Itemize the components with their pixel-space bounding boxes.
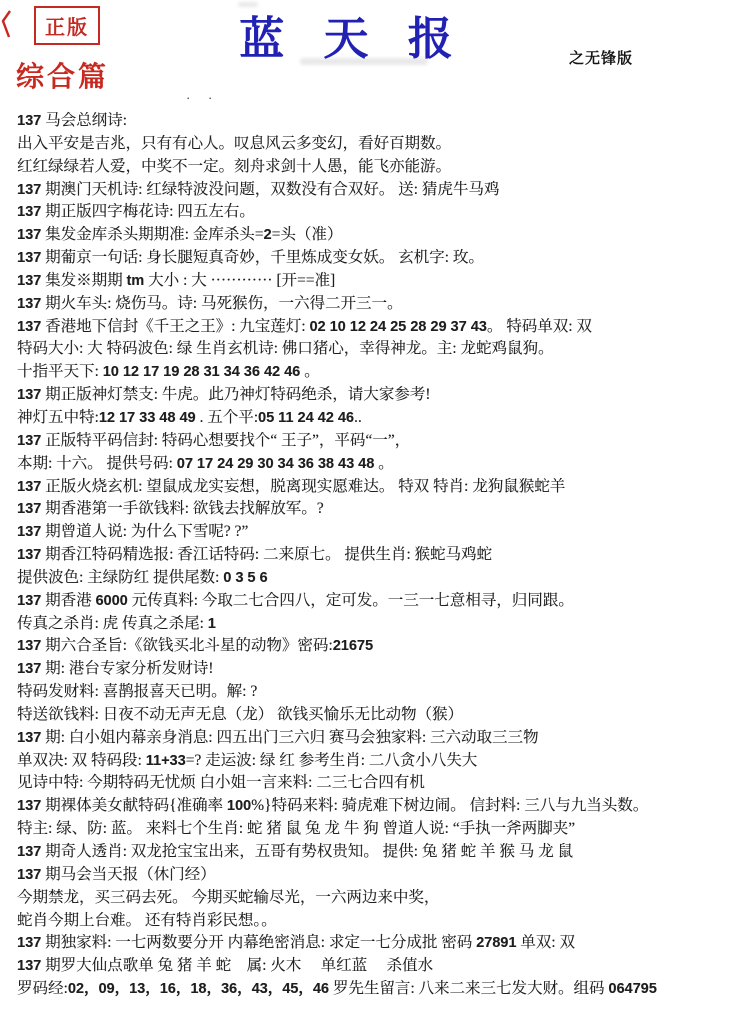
report-line: 137 期正版四字梅花诗: 四五左右。 bbox=[17, 201, 731, 224]
report-line: 出入平安是吉兆，只有有心人。叹息风云多变幻，看好百期数。 bbox=[17, 133, 731, 156]
report-line: 137 期正版神灯禁支: 牛虎。此乃神灯特码绝杀，请大家参考! bbox=[17, 384, 731, 407]
report-line: 137 期六合圣旨:《欲钱买北斗星的动物》密码:21675 bbox=[17, 635, 731, 658]
report-line: 本期: 十六。 提供号码: 07 17 24 29 30 34 36 38 43… bbox=[17, 453, 731, 476]
stray-dots: · · bbox=[186, 90, 219, 105]
section-heading: 综合篇 bbox=[16, 55, 109, 95]
report-line: 137 期: 港台专家分析发财诗! bbox=[17, 658, 731, 681]
report-line: 见诗中特: 今期特码无忧烦 白小姐一言来料: 二三七合四有机 bbox=[17, 772, 731, 795]
report-line: 137 期马会当天报（休门经） bbox=[17, 864, 731, 887]
report-line: 提供波色: 主绿防红 提供尾数: 0 3 5 6 bbox=[17, 567, 731, 590]
report-line: 传真之杀肖: 虎 传真之杀尾: 1 bbox=[17, 613, 731, 636]
report-line: 137 香港地下信封《千王之王》: 九宝莲灯: 02 10 12 24 25 2… bbox=[17, 316, 731, 339]
report-line: 蛇肖今期上台难。 还有特肖彩民想。。 bbox=[17, 910, 731, 933]
report-line: 罗码经:02，09，13，16，18，36，43，45，46 罗先生留言: 八来… bbox=[17, 978, 731, 1001]
report-line: 137 期澳门天机诗: 红绿特波没问题，双数没有合双好。 送: 猜虎牛马鸡 bbox=[17, 179, 731, 202]
report-line: 137 期香江特码精选报: 香江话特码: 二来原七。 提供生肖: 猴蛇马鸡蛇 bbox=[17, 544, 731, 567]
edition-label: 之无锋版 bbox=[569, 47, 633, 68]
report-line: 137 期火车头: 烧伤马。诗: 马死猴伤，一六得二开三一。 bbox=[17, 293, 731, 316]
report-line: 137 期独家料: 一七两数要分开 内幕绝密消息: 求定一七分成批 密码 278… bbox=[17, 932, 731, 955]
newspaper-page: 正版 蓝 天 报 之无锋版 综合篇 · · 137 马会总纲诗:出入平安是吉兆，… bbox=[0, 0, 736, 1013]
report-line: 137 集发※期期 tm 大小 : 大 ············ [开==准] bbox=[17, 270, 731, 293]
report-line: 137 正版火烧玄机: 望鼠成龙实妄想，脱离现实愿难达。 特双 特肖: 龙狗鼠猴… bbox=[17, 476, 731, 499]
report-line: 137 正版特平码信封: 特码心想要找个“ 王子”，平码“一”， bbox=[17, 430, 731, 453]
report-line: 137 期香港 6000 元传真料: 今取二七合四八，定可发。一三一七意相寻，归… bbox=[17, 590, 731, 613]
report-line: 十指平天下: 10 12 17 19 28 31 34 36 42 46 。 bbox=[17, 361, 731, 384]
report-line: 红红绿绿若人爱，中奖不一定。刻舟求剑十人愚，能飞亦能游。 bbox=[17, 156, 731, 179]
report-line: 今期禁龙，买三码去死。 今期买蛇输尽光，一六两边来中奖， bbox=[17, 887, 731, 910]
report-line: 137 马会总纲诗: bbox=[17, 110, 731, 133]
report-line: 137 期香港第一手欲钱料: 欲钱去找解放军。? bbox=[17, 498, 731, 521]
report-lines: 137 马会总纲诗:出入平安是吉兆，只有有心人。叹息风云多变幻，看好百期数。红红… bbox=[17, 110, 731, 1001]
report-line: 137 期: 白小姐内幕亲身消息: 四五出门三六归 赛马会独家料: 三六动取三三… bbox=[17, 727, 731, 750]
report-line: 137 期裸体美女献特码{准确率 100%}特码来料: 骑虎难下树边闹。 信封料… bbox=[17, 795, 731, 818]
report-line: 单双决: 双 特码段: 11+33=? 走运波: 绿 红 参考生肖: 二八贪小八… bbox=[17, 750, 731, 773]
report-line: 特主: 绿、防: 蓝。 来料七个生肖: 蛇 猪 鼠 兔 龙 牛 狗 曾道人说: … bbox=[17, 818, 731, 841]
report-line: 特送欲钱料: 日夜不动无声无息（龙） 欲钱买愉乐无比动物（猴） bbox=[17, 704, 731, 727]
report-line: 137 期奇人透肖: 双龙抢宝宝出来，五哥有势权贵知。 提供: 兔 猪 蛇 羊 … bbox=[17, 841, 731, 864]
report-line: 137 期曾道人说: 为什么下雪呢? ?” bbox=[17, 521, 731, 544]
report-line: 137 集发金库杀头期期准: 金库杀头=2=头（准） bbox=[17, 224, 731, 247]
report-line: 137 期葡京一句话: 身长腿短真奇妙，千里炼成变女妖。 玄机字: 玫。 bbox=[17, 247, 731, 270]
report-line: 神灯五中特:12 17 33 48 49 . 五个平:05 11 24 42 4… bbox=[17, 407, 731, 430]
report-line: 特码大小: 大 特码波色: 绿 生肖玄机诗: 佛口猪心，幸得神龙。主: 龙蛇鸡鼠… bbox=[17, 338, 731, 361]
report-line: 137 期罗大仙点歌单 兔 猪 羊 蛇 属: 火木 单红蓝 杀值水 bbox=[17, 955, 731, 978]
report-line: 特码发财料: 喜鹊报喜天已明。解: ? bbox=[17, 681, 731, 704]
